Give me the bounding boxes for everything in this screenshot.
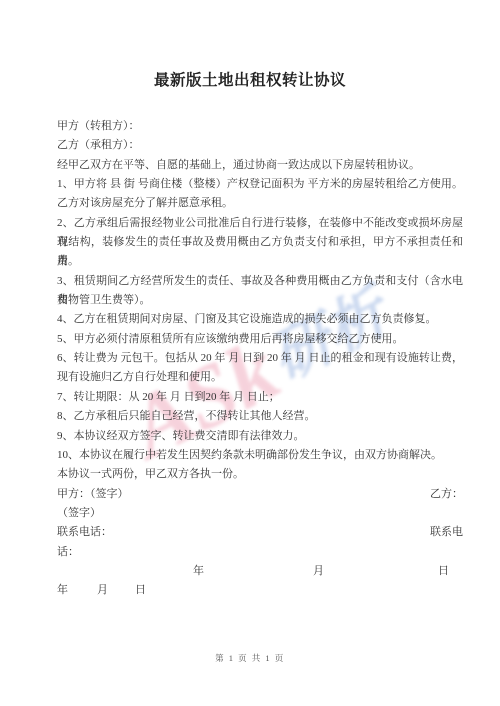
party-b-signature-label: 乙方： — [430, 485, 463, 504]
clause-2-line: 2、乙方承组后需报经物业公司批准后自行进行装修，在装修中不能改变或损坏房屋现 — [57, 214, 463, 233]
clause-2-continuation: 有结构，装修发生的责任事故及费用概由乙方负责支付和承担，甲方不承担责任和费 — [57, 233, 463, 252]
clause-8-line: 8、乙方承租后只能自己经营，不得转让其他人经营。 — [57, 407, 463, 426]
date-day-label: 日 — [438, 562, 449, 581]
date-year-label: 年 — [193, 562, 204, 581]
date-day-label: 日 — [135, 581, 146, 600]
document-body: 甲方（转租方）： 乙方（承租方）： 经甲乙双方在平等、自愿的基础上，通过协商一致… — [57, 117, 463, 601]
clause-3-continuation: 和物管卫生费等）。 — [57, 291, 463, 310]
party-a-phone-label: 联系电话： — [57, 523, 112, 542]
date-year-label: 年 — [57, 581, 68, 600]
clause-9-line: 9、本协议经双方签字、转让费交清即有法律效力。 — [57, 427, 463, 446]
page-title: 最新版土地出租权转让协议 — [0, 68, 500, 90]
clause-2-end: 用。 — [57, 252, 463, 271]
date-month-label: 月 — [313, 562, 324, 581]
page-number: 第 1 页 共 1 页 — [0, 652, 500, 664]
party-b-label: 乙方（承租方）： — [57, 136, 463, 155]
party-b-signature-wrap: （签字） — [57, 504, 463, 523]
phone-row: 联系电话： 联系电 — [57, 523, 463, 542]
clause-3-line: 3、租赁期间乙方经营所发生的责任、事故及各种费用概由乙方负责和支付（含水电费 — [57, 272, 463, 291]
clause-10-line: 10、本协议在履行中若发生因契约条款未明确部份发生争议，由双方协商解决。 — [57, 446, 463, 465]
party-a-label: 甲方（转租方）： — [57, 117, 463, 136]
clause-4-line: 4、乙方在租赁期间对房屋、门窗及其它设施造成的损失必须由乙方负责修复。 — [57, 310, 463, 329]
clause-5-line: 5、甲方必须付清原租赁所有应该缴纳费用后再将房屋移交给乙方使用。 — [57, 330, 463, 349]
signature-row: 甲方：（签字） 乙方： — [57, 485, 463, 504]
party-b-phone-label: 联系电 — [430, 523, 463, 542]
clause-1-line: 1、甲方将 县 街 号商住楼（整楼）产权登记面积为 平方米的房屋转租给乙方使用。 — [57, 175, 463, 194]
clause-6-line: 6、转让费为 元包干。包括从 20 年 月 日到 20 年 月 日止的租金和现有… — [57, 349, 463, 368]
document-page: ASk 研析 最新版土地出租权转让协议 甲方（转租方）： 乙方（承租方）： 经甲… — [0, 0, 500, 706]
preamble-line: 经甲乙双方在平等、自愿的基础上，通过协商一致达成以下房屋转租协议。 — [57, 156, 463, 175]
date-row-party-b: 年 月 日 — [57, 581, 463, 600]
party-a-signature-label: 甲方：（签字） — [57, 485, 129, 504]
date-month-label: 月 — [97, 581, 108, 600]
copies-line: 本协议一式两份，甲乙双方各执一份。 — [57, 465, 463, 484]
date-row-party-a: 年 月 日 — [57, 562, 463, 581]
clause-6-continuation: 现有设施归乙方自行处理和使用。 — [57, 368, 463, 387]
clause-1-continuation: 乙方对该房屋充分了解并愿意承租。 — [57, 194, 463, 213]
clause-7-line: 7、转让期限：从 20 年 月 日到20 年 月 日止； — [57, 388, 463, 407]
party-b-phone-wrap: 话： — [57, 543, 463, 562]
